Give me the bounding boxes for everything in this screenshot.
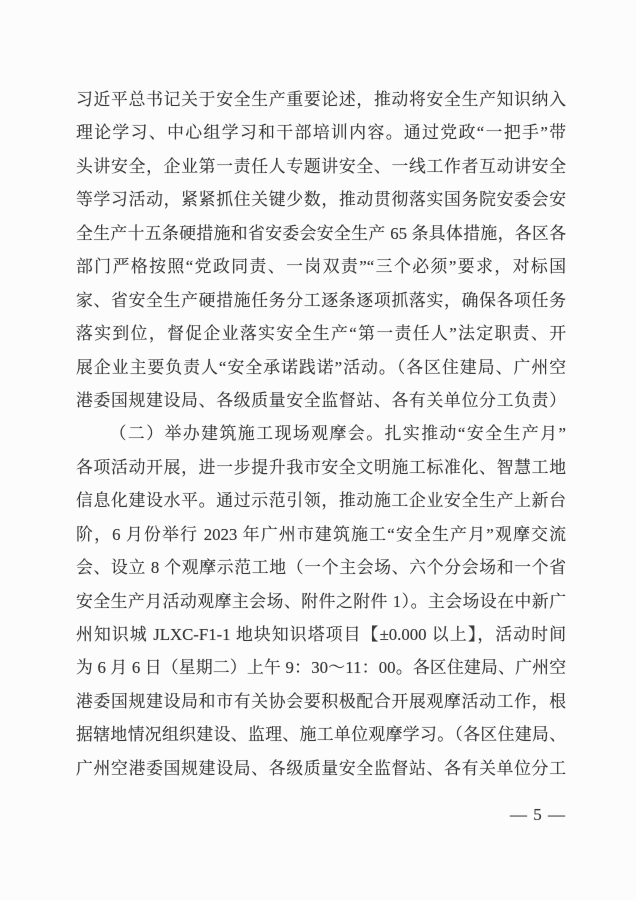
- text-line: 头讲安全，企业第一责任人专题讲安全、一线工作者互动讲安全: [76, 150, 566, 183]
- text-line: 落实到位，督促企业落实安全生产“第一责任人”法定职责、开: [76, 317, 566, 350]
- text-line: 部门严格按照“党政同责、一岗双责”“三个必须”要求，对标国: [76, 250, 566, 283]
- text-line: 港委国规建设局、各级质量安全监督站、各有关单位分工负责）: [76, 384, 566, 417]
- document-body: 习近平总书记关于安全生产重要论述，推动将安全生产知识纳入理论学习、中心组学习和干…: [76, 83, 566, 785]
- text-line: 全生产十五条硬措施和省安委会安全生产 65 条具体措施，各区各: [76, 217, 566, 250]
- text-line: 会、设立 8 个观摩示范工地（一个主会场、六个分会场和一个省: [76, 551, 566, 584]
- text-line: （二）举办建筑施工现场观摩会。扎实推动“安全生产月”: [76, 417, 566, 450]
- text-line: 广州空港委国规建设局、各级质量安全监督站、各有关单位分工: [76, 752, 566, 785]
- document-page: 习近平总书记关于安全生产重要论述，推动将安全生产知识纳入理论学习、中心组学习和干…: [0, 0, 636, 900]
- text-line: 为 6 月 6 日（星期二）上午 9：30～11：00。各区住建局、广州空: [76, 651, 566, 684]
- text-line: 据辖地情况组织建设、监理、施工单位观摩学习。（各区住建局、: [76, 718, 566, 751]
- text-line: 家、省安全生产硬措施任务分工逐条逐项抓落实，确保各项任务: [76, 284, 566, 317]
- page-number: — 5 —: [76, 805, 566, 825]
- text-line: 理论学习、中心组学习和干部培训内容。通过党政“一把手”带: [76, 116, 566, 149]
- text-line: 等学习活动，紧紧抓住关键少数，推动贯彻落实国务院安委会安: [76, 183, 566, 216]
- text-line: 展企业主要负责人“安全承诺践诺”活动。（各区住建局、广州空: [76, 351, 566, 384]
- text-line: 港委国规建设局和市有关协会要积极配合开展观摩活动工作，根: [76, 685, 566, 718]
- text-line: 习近平总书记关于安全生产重要论述，推动将安全生产知识纳入: [76, 83, 566, 116]
- scanned-page-surface: 习近平总书记关于安全生产重要论述，推动将安全生产知识纳入理论学习、中心组学习和干…: [0, 0, 636, 900]
- text-line: 安全生产月活动观摩主会场、附件之附件 1）。主会场设在中新广: [76, 585, 566, 618]
- text-line: 阶，6 月份举行 2023 年广州市建筑施工“安全生产月”观摩交流: [76, 518, 566, 551]
- text-line: 信息化建设水平。通过示范引领，推动施工企业安全生产上新台: [76, 484, 566, 517]
- text-line: 各项活动开展，进一步提升我市安全文明施工标准化、智慧工地: [76, 451, 566, 484]
- text-line: 州知识城 JLXC-F1-1 地块知识塔项目【±0.000 以上】，活动时间: [76, 618, 566, 651]
